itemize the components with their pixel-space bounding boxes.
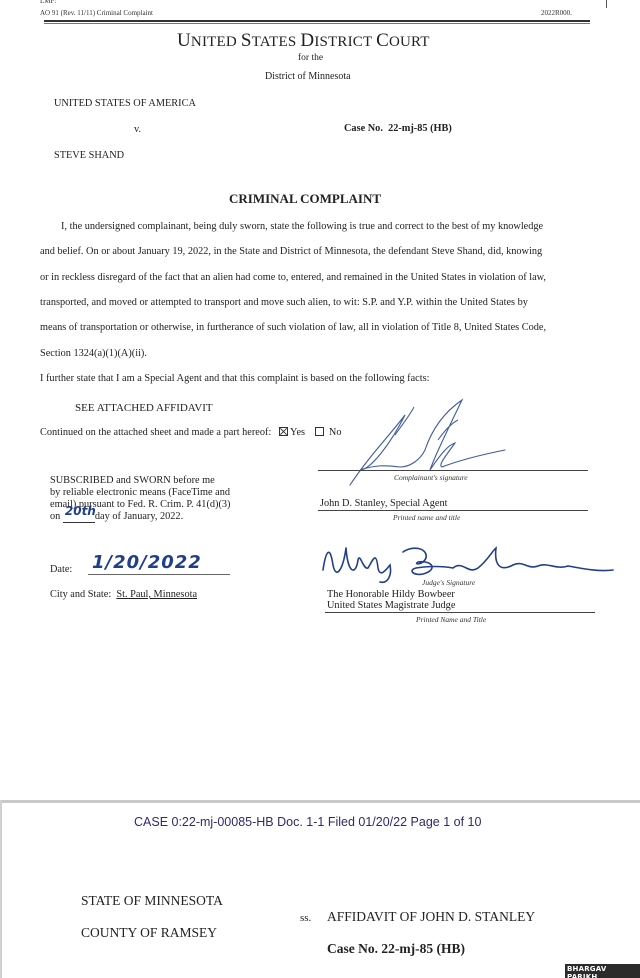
state-label: STATE OF MINNESOTA bbox=[81, 893, 223, 909]
judge-printed-caption: Printed Name and Title bbox=[416, 615, 486, 624]
complainant-printed-caption: Printed name and title bbox=[393, 513, 460, 522]
internal-number: 2022R000. bbox=[541, 9, 572, 17]
court-title-part: ISTRICT bbox=[314, 34, 376, 50]
header-rule bbox=[44, 20, 590, 22]
date-label: Date: bbox=[50, 564, 72, 575]
day-suffix: day of January, 2022. bbox=[95, 511, 183, 522]
date-line bbox=[88, 574, 230, 575]
affidavit-title: AFFIDAVIT OF JOHN D. STANLEY bbox=[327, 909, 535, 925]
see-attached: SEE ATTACHED AFFIDAVIT bbox=[75, 402, 213, 414]
day-blank: 20th bbox=[63, 511, 95, 523]
on-prefix: on bbox=[50, 511, 60, 522]
yes-label: Yes bbox=[290, 427, 305, 438]
date-handwritten: 1/20/2022 bbox=[92, 552, 202, 573]
photo-credit-watermark: BHARGAV PARIKH bbox=[565, 964, 640, 978]
continued-label: Continued on the attached sheet and made… bbox=[40, 427, 271, 438]
day-handwritten: 20th bbox=[65, 504, 96, 518]
form-id: AO 91 (Rev. 11/11) Criminal Complaint bbox=[40, 9, 153, 17]
plaintiff-name: UNITED STATES OF AMERICA bbox=[54, 98, 196, 109]
continued-row: Continued on the attached sheet and made… bbox=[40, 427, 342, 438]
case-label: Case No. bbox=[344, 123, 383, 134]
sworn-line: by reliable electronic means (FaceTime a… bbox=[50, 487, 230, 498]
case-number: Case No. 22-mj-85 (HB) bbox=[344, 123, 452, 134]
complaint-title: CRIMINAL COMPLAINT bbox=[229, 191, 381, 207]
judge-title: United States Magistrate Judge bbox=[327, 600, 455, 611]
court-title-part: TATES bbox=[252, 34, 301, 50]
case-number-value: 22-mj-85 (HB) bbox=[388, 123, 452, 134]
ss-label: ss. bbox=[300, 912, 311, 924]
page-left-edge bbox=[0, 800, 2, 978]
complaint-line: Section 1324(a)(1)(A)(ii). bbox=[40, 348, 588, 359]
city-label: City and State: bbox=[50, 589, 111, 600]
header-rule-thin bbox=[44, 23, 590, 24]
complaint-line: and belief. On or about January 19, 2022… bbox=[40, 246, 588, 257]
complaint-line: transported, and moved or attempted to t… bbox=[40, 297, 588, 308]
court-title-part: U bbox=[177, 30, 191, 51]
court-title-part: D bbox=[300, 30, 314, 51]
defendant-name: STEVE SHAND bbox=[54, 150, 124, 161]
district-name: District of Minnesota bbox=[265, 71, 351, 82]
court-title-part: NITED bbox=[191, 34, 241, 50]
judge-signature-caption: Judge's Signature bbox=[422, 578, 475, 587]
versus: v. bbox=[134, 124, 141, 135]
judge-name-line bbox=[325, 612, 595, 613]
complainant-signature-caption: Complainant's signature bbox=[394, 473, 468, 482]
court-title-part: S bbox=[241, 30, 252, 51]
complainant-name-line bbox=[318, 510, 588, 511]
court-title-part: C bbox=[376, 30, 389, 51]
affidavit-case-number: Case No. 22-mj-85 (HB) bbox=[327, 941, 465, 957]
ecf-header-stamp: CASE 0:22-mj-00085-HB Doc. 1-1 Filed 01/… bbox=[134, 815, 481, 829]
further-statement: I further state that I am a Special Agen… bbox=[40, 373, 588, 384]
city-value: St. Paul, Minnesota bbox=[116, 589, 197, 600]
county-label: COUNTY OF RAMSEY bbox=[81, 925, 217, 941]
judge-name: The Honorable Hildy Bowbeer bbox=[327, 589, 455, 600]
complainant-signature-line bbox=[318, 470, 588, 471]
for-the: for the bbox=[298, 53, 323, 63]
court-title: UNITED STATES DISTRICT COURT bbox=[177, 30, 430, 52]
complaint-line: I, the undersigned complainant, being du… bbox=[61, 221, 609, 232]
city-row: City and State: St. Paul, Minnesota bbox=[50, 589, 197, 600]
no-checkbox[interactable] bbox=[315, 427, 324, 436]
yes-checkbox[interactable] bbox=[279, 427, 288, 436]
header-cut-text: LMP: bbox=[40, 0, 56, 5]
page-divider bbox=[0, 800, 640, 803]
sworn-line: SUBSCRIBED and SWORN before me bbox=[50, 475, 215, 486]
complaint-line: means of transportation or otherwise, in… bbox=[40, 322, 588, 333]
complainant-printed-name: John D. Stanley, Special Agent bbox=[320, 498, 447, 509]
sworn-day-line: on 20th day of January, 2022. bbox=[50, 511, 183, 523]
edge-mark bbox=[606, 0, 607, 8]
court-title-part: OURT bbox=[389, 34, 430, 50]
complaint-line: or in reckless disregard of the fact tha… bbox=[40, 272, 588, 283]
